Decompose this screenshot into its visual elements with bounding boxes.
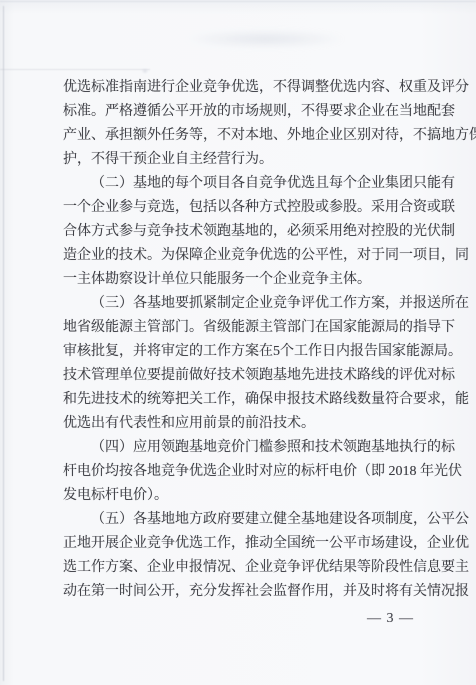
text-line: 产业、承担额外任务等，不对本地、外地企业区别对待，不搞地方保 [63,124,440,148]
text-line: 一主体勘察设计单位只能服务一个企业竞争主体。 [63,268,440,292]
text-line: 杆电价均按各地竞争优选企业时对应的标杆电价（即 2018 年光伏 [63,460,440,484]
text-line: 造企业的技术。为保障企业竞争优选的公平性，对于同一项目，同 [63,244,440,268]
page-number: — 3 — [367,608,414,630]
text-line: 优选出有代表性和应用前景的前沿技术。 [63,412,440,436]
text-line: （三）各基地要抓紧制定企业竞争评优工作方案，并报送所在 [63,292,440,316]
text-line: 和先进技术的统筹把关工作，确保申报技术路线数量符合要求，能 [63,388,440,412]
scan-left-edge-artifact [3,6,4,681]
scan-top-edge-artifact [0,1,476,2]
text-line: 发电标杆电价）。 [63,484,440,508]
paragraph: （五）各基地地方政府要建立健全基地建设各项制度，公平公正地开展企业竞争优选工作，… [63,508,440,604]
scan-streak-artifact [0,69,150,70]
text-line: （四）应用领跑基地竞价门槛参照和技术领跑基地执行的标 [63,436,440,460]
scanned-document-page: 优选标准指南进行企业竞争优选，不得调整优选内容、权重及评分标准。严格遵循公平开放… [0,0,476,685]
text-line: 合体方式参与竞争技术领跑基地的，必须采用绝对控股的光伏制 [63,220,440,244]
text-line: （二）基地的每个项目各自竞争优选且每个企业集团只能有 [63,172,440,196]
text-line: 一个企业参与竞选，包括以各种方式控股或参股。采用合资或联 [63,196,440,220]
text-line: （五）各基地地方政府要建立健全基地建设各项制度，公平公 [63,508,440,532]
scan-smudge-artifact [185,30,345,48]
paragraph: （四）应用领跑基地竞价门槛参照和技术领跑基地执行的标杆电价均按各地竞争优选企业时… [63,436,440,508]
paragraph: （二）基地的每个项目各自竞争优选且每个企业集团只能有一个企业参与竞选，包括以各种… [63,172,440,292]
text-line: 优选标准指南进行企业竞争优选，不得调整优选内容、权重及评分 [63,76,440,100]
text-line: 标准。严格遵循公平开放的市场规则，不得要求企业在当地配套 [63,100,440,124]
text-line: 技术管理单位要提前做好技术领跑基地先进技术路线的评优对标 [63,364,440,388]
text-line: 地省级能源主管部门。省级能源主管部门在国家能源局的指导下 [63,316,440,340]
paragraph: 优选标准指南进行企业竞争优选，不得调整优选内容、权重及评分标准。严格遵循公平开放… [63,76,440,172]
text-line: 动在第一时间公开，充分发挥社会监督作用，并及时将有关情况报 [63,580,440,604]
text-line: 护，不得干预企业自主经营行为。 [63,148,440,172]
document-text-block: 优选标准指南进行企业竞争优选，不得调整优选内容、权重及评分标准。严格遵循公平开放… [63,76,440,604]
text-line: 选工作方案、企业申报情况、企业竞争评优结果等阶段性信息要主 [63,556,440,580]
scan-dot-artifact [142,69,148,73]
text-line: 审核批复，并将审定的工作方案在5个工作日内报告国家能源局。 [63,340,440,364]
text-line: 正地开展企业竞争优选工作，推动全国统一公平市场建设，企业优 [63,532,440,556]
paragraph: （三）各基地要抓紧制定企业竞争评优工作方案，并报送所在地省级能源主管部门。省级能… [63,292,440,436]
